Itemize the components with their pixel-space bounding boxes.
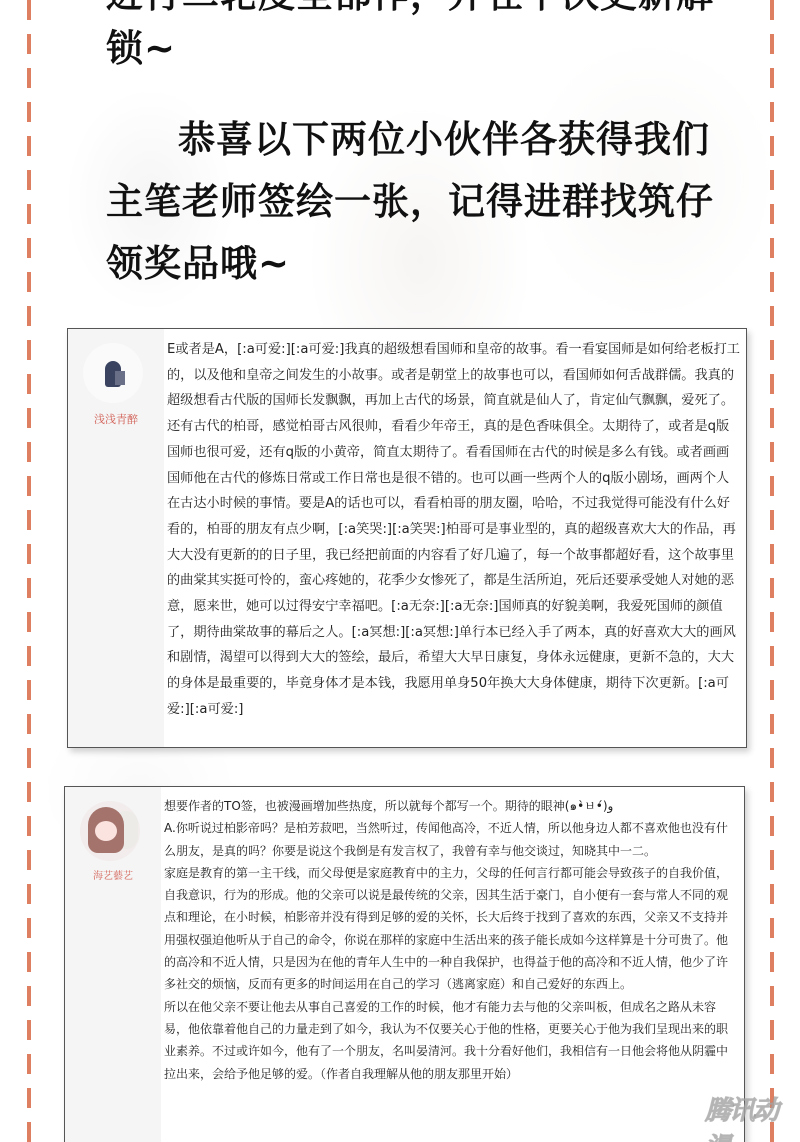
comment-paragraph: 家庭是教育的第一主干线，而父母便是家庭教育中的主力，父母的任何言行都可能会导致孩…	[164, 862, 734, 996]
announcement-winners: 恭喜以下两位小伙伴各获得我们 主笔老师签绘一张，记得进群找筑仔 领奖品哦~	[106, 109, 726, 295]
username[interactable]: 海艺藝艺	[65, 867, 161, 882]
comment-paragraph: 所以在他父亲不要让他去从事自己喜爱的工作的时候，他才有能力去与他的父亲叫板，但成…	[164, 996, 734, 1085]
announcement-line-4: 领奖品哦~	[106, 233, 726, 295]
comment-paragraph: A.你听说过柏影帝吗？是柏芳菽吧，当然听过，传闻他高冷，不近人情，所以他身边人都…	[164, 817, 734, 862]
comment-author-panel: 浅浅青醉	[68, 329, 164, 747]
announcement-line-1: 锁~	[106, 18, 726, 80]
comment-author-panel: 海艺藝艺	[65, 787, 161, 1142]
comment-body: E或者是A，[:a可爱:][:a可爱:]我真的超级想看国师和皇帝的故事。看一看宴…	[167, 337, 742, 723]
avatar-figure-chair	[115, 371, 125, 385]
comment-body: 想要作者的TO签，也被漫画增加些热度，所以就每个都写一个。期待的眼神(๑•̀ㅂ•…	[164, 795, 734, 1085]
username[interactable]: 浅浅青醉	[68, 411, 164, 427]
avatar-figure-icon[interactable]	[83, 343, 143, 403]
watermark-logo: 腾讯动漫	[705, 1090, 785, 1130]
comment-card-2: 海艺藝艺 想要作者的TO签，也被漫画增加些热度，所以就每个都写一个。期待的眼神(…	[64, 786, 745, 1142]
announcement-line-3: 主笔老师签绘一张，记得进群找筑仔	[106, 171, 726, 233]
avatar-face-shape	[95, 821, 117, 841]
avatar-girl-icon[interactable]	[80, 801, 140, 861]
dashed-border-left	[27, 0, 31, 1142]
dashed-border-right	[770, 0, 774, 1142]
comment-paragraph: 想要作者的TO签，也被漫画增加些热度，所以就每个都写一个。期待的眼神(๑•̀ㅂ•…	[164, 795, 734, 817]
announcement-line-2: 恭喜以下两位小伙伴各获得我们	[106, 109, 726, 171]
comment-paragraph: E或者是A，[:a可爱:][:a可爱:]我真的超级想看国师和皇帝的故事。看一看宴…	[167, 337, 742, 723]
comment-card-1: 浅浅青醉 E或者是A，[:a可爱:][:a可爱:]我真的超级想看国师和皇帝的故事…	[67, 328, 747, 748]
announcement-text-cut: 进行二轮度全部作，并在下次更新解	[106, 0, 714, 16]
